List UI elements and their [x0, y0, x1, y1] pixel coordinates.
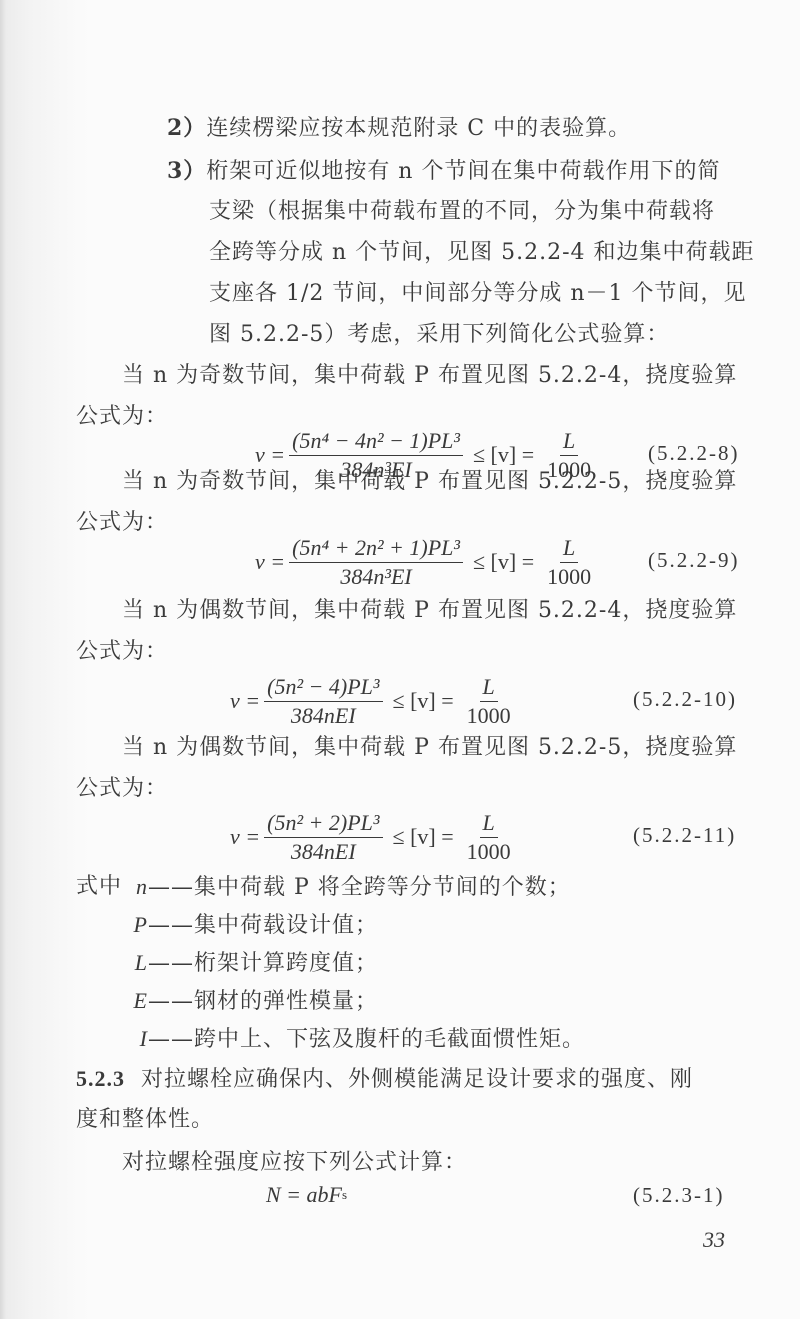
case-intro: 当 n 为偶数节间，集中荷载 P 布置见图 5.2.2-5，挠度验算: [122, 733, 737, 763]
formula-5-2-2-10: v = (5n² − 4)PL³ 384nEI ≤ [v] = L 1000: [230, 666, 518, 736]
fraction: L 1000: [544, 535, 594, 590]
definition-i: I——跨中上、下弦及腹杆的毛截面惯性矩。: [108, 1024, 585, 1055]
definition-n: n——集中荷载 P 将全跨等分节间的个数；: [108, 872, 571, 903]
case-intro: 公式为：: [76, 402, 168, 432]
item-number: 2）: [167, 115, 206, 141]
fraction: (5n² − 4)PL³ 384nEI: [264, 674, 382, 729]
item-text-line: 图 5.2.2-5）考虑，采用下列简化公式验算：: [209, 320, 669, 350]
page-number: 33: [703, 1227, 725, 1253]
formula-5-2-2-9: v = (5n⁴ + 2n² + 1)PL³ 384n³EI ≤ [v] = L…: [255, 527, 598, 597]
formula-5-2-3-1: N = abFs: [266, 1175, 347, 1215]
formula-5-2-2-11: v = (5n² + 2)PL³ 384nEI ≤ [v] = L 1000: [230, 802, 518, 872]
equation-number: (5.2.3-1): [633, 1183, 724, 1208]
equation-number: (5.2.2-10): [633, 687, 737, 712]
case-intro: 公式为：: [76, 774, 168, 804]
section-5-2-3: 5.2.3 对拉螺栓应确保内、外侧模能满足设计要求的强度、刚: [76, 1064, 693, 1095]
case-intro: 当 n 为偶数节间，集中荷载 P 布置见图 5.2.2-4，挠度验算: [122, 596, 737, 626]
list-item-3: 3）桁架可近似地按有 n 个节间在集中荷载作用下的简: [167, 156, 720, 187]
fraction: (5n⁴ + 2n² + 1)PL³ 384n³EI: [289, 535, 463, 590]
equation-number: (5.2.2-8): [648, 441, 739, 466]
list-item-2: 2）连续楞梁应按本规范附录 C 中的表验算。: [167, 113, 631, 144]
item-text: 桁架可近似地按有 n 个节间在集中荷载作用下的简: [206, 159, 720, 184]
equation-number: (5.2.2-9): [648, 548, 739, 573]
case-intro: 公式为：: [76, 637, 168, 667]
case-intro: 当 n 为奇数节间，集中荷载 P 布置见图 5.2.2-4，挠度验算: [122, 361, 737, 391]
item-text-line: 支座各 1/2 节间，中间部分等分成 n－1 个节间，见: [209, 279, 747, 309]
item-text-line: 全跨等分成 n 个节间，见图 5.2.2-4 和边集中荷载距: [209, 238, 755, 268]
item-number: 3）: [167, 158, 206, 184]
case-intro: 当 n 为奇数节间，集中荷载 P 布置见图 5.2.2-5，挠度验算: [122, 467, 737, 497]
section-paragraph: 对拉螺栓强度应按下列公式计算：: [122, 1148, 467, 1178]
fraction: (5n² + 2)PL³ 384nEI: [264, 810, 382, 865]
equation-number: (5.2.2-11): [633, 823, 736, 848]
definition-p: P——集中荷载设计值；: [108, 910, 378, 941]
section-text-line: 度和整体性。: [76, 1105, 214, 1135]
section-number: 5.2.3: [76, 1066, 125, 1091]
definition-l: L——桁架计算跨度值；: [108, 948, 378, 979]
fraction: L 1000: [464, 674, 514, 729]
document-page: 2）连续楞梁应按本规范附录 C 中的表验算。 3）桁架可近似地按有 n 个节间在…: [0, 0, 800, 1319]
item-text: 连续楞梁应按本规范附录 C 中的表验算。: [206, 116, 631, 141]
fraction: L 1000: [464, 810, 514, 865]
definition-e: E——钢材的弹性模量；: [108, 986, 378, 1017]
item-text-line: 支梁（根据集中荷载布置的不同，分为集中荷载将: [209, 197, 715, 227]
case-intro: 公式为：: [76, 508, 168, 538]
